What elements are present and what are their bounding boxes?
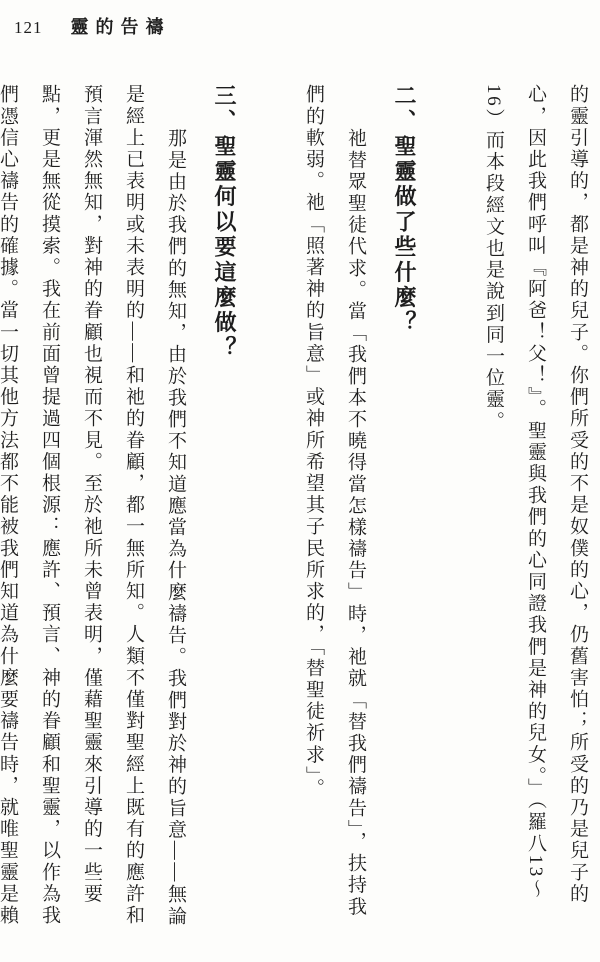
running-head-title: 靈的告禱 (71, 13, 171, 39)
section-3-heading: 三、聖靈何以要這麼做？ (202, 84, 246, 936)
section-2-paragraph: 祂替眾聖徒代求。當「我們本不曉得當怎樣禱告」時，祂就「替我們禱告」，扶持我們的軟… (292, 84, 376, 936)
section-3-paragraph: 那是由於我們的無知，由於我們不知道應當為什麼禱告。我們對於神的旨意——無論是經上… (0, 84, 196, 936)
book-page: 121 靈的告禱 的靈引導的，都是神的兒子。你們所受的不是奴僕的心，仍舊害怕；所… (0, 0, 600, 962)
page-header: 121 靈的告禱 (14, 13, 171, 39)
paragraph-continuation: 的靈引導的，都是神的兒子。你們所受的不是奴僕的心，仍舊害怕；所受的乃是兒子的心，… (472, 84, 598, 936)
page-body: 的靈引導的，都是神的兒子。你們所受的不是奴僕的心，仍舊害怕；所受的乃是兒子的心，… (0, 84, 598, 936)
page-number: 121 (14, 18, 43, 38)
section-2-heading: 二、聖靈做了些什麼？ (382, 84, 426, 936)
